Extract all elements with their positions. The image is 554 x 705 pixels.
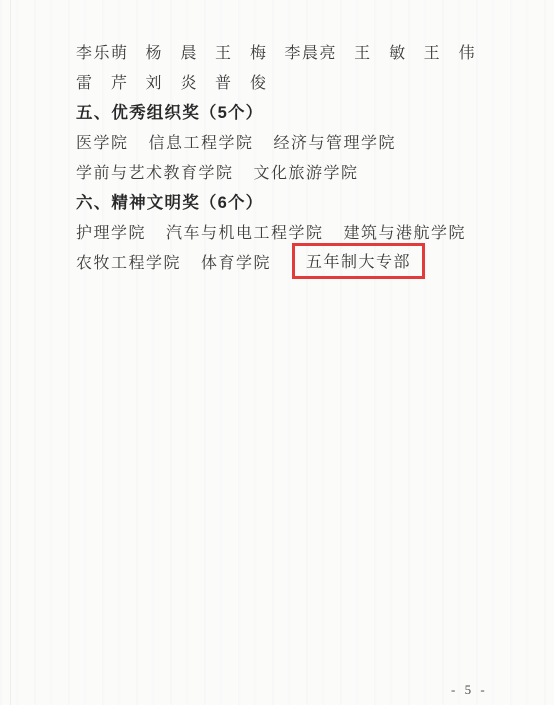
award-unit: 学前与艺术教育学院 bbox=[76, 160, 234, 183]
award-unit: 农牧工程学院 bbox=[76, 250, 181, 273]
award-unit: 经济与管理学院 bbox=[274, 130, 397, 153]
scanned-document-page: 李乐萌 杨 晨 王 梅 李晨亮 王 敏 王 伟 雷 芹 刘 炎 普 俊 五、优秀… bbox=[0, 0, 554, 705]
recipient-name: 王 敏 bbox=[354, 40, 407, 63]
award-unit: 建筑与港航学院 bbox=[344, 220, 467, 243]
section-5-winners-row-2: 学前与艺术教育学院 文化旅游学院 bbox=[76, 156, 534, 186]
section-5-winners-row-1: 医学院 信息工程学院 经济与管理学院 bbox=[76, 126, 534, 156]
section-5-heading: 五、优秀组织奖（5个） bbox=[76, 96, 534, 126]
recipient-names-row-1: 李乐萌 杨 晨 王 梅 李晨亮 王 敏 王 伟 bbox=[76, 36, 534, 66]
recipient-name: 李乐萌 bbox=[76, 40, 129, 63]
award-unit: 信息工程学院 bbox=[149, 130, 254, 153]
recipient-name: 普 俊 bbox=[215, 70, 268, 93]
recipient-names-row-2: 雷 芹 刘 炎 普 俊 bbox=[76, 66, 534, 96]
scan-artifact-line bbox=[10, 0, 11, 705]
award-unit: 医学院 bbox=[76, 130, 129, 153]
section-6-heading: 六、精神文明奖（6个） bbox=[76, 186, 534, 216]
award-unit: 体育学院 bbox=[201, 250, 271, 273]
award-unit: 汽车与机电工程学院 bbox=[166, 220, 324, 243]
recipient-name: 刘 炎 bbox=[146, 70, 199, 93]
recipient-name: 王 伟 bbox=[424, 40, 477, 63]
section-6-winners-row-2: 农牧工程学院 体育学院 五年制大专部 bbox=[76, 246, 534, 276]
document-content: 李乐萌 杨 晨 王 梅 李晨亮 王 敏 王 伟 雷 芹 刘 炎 普 俊 五、优秀… bbox=[76, 36, 534, 276]
recipient-name: 王 梅 bbox=[215, 40, 268, 63]
award-unit: 护理学院 bbox=[76, 220, 146, 243]
recipient-name: 雷 芹 bbox=[76, 70, 129, 93]
page-number: - 5 - bbox=[451, 682, 488, 698]
highlighted-award-red-box: 五年制大专部 bbox=[292, 243, 425, 279]
recipient-name: 杨 晨 bbox=[146, 40, 199, 63]
recipient-name: 李晨亮 bbox=[285, 40, 338, 63]
section-6-winners-row-1: 护理学院 汽车与机电工程学院 建筑与港航学院 bbox=[76, 216, 534, 246]
award-unit: 文化旅游学院 bbox=[254, 160, 359, 183]
